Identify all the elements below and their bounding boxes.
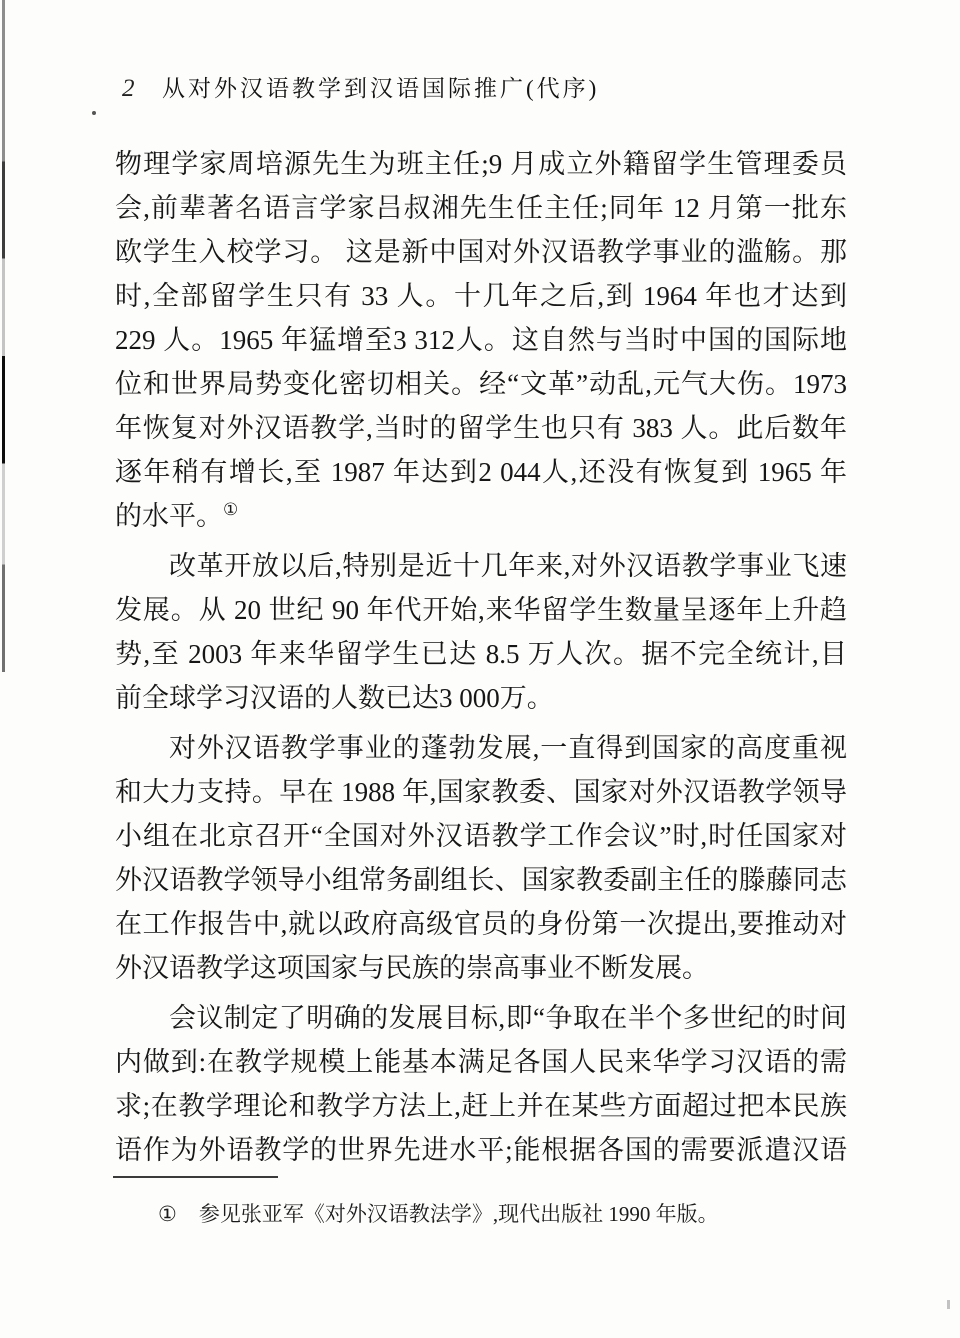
footnote-text: 参见张亚军《对外汉语教法学》,现代出版社 1990 年版。	[199, 1202, 719, 1226]
text-line: 的水平。①	[115, 494, 847, 538]
text-line: 会,前辈著名语言学家吕叔湘先生任主任;同年 12 月第一批东	[115, 186, 847, 230]
text-line: 时,全部留学生只有 33 人。十几年之后,到 1964 年也才达到	[115, 274, 847, 318]
text-line: 发展。从 20 世纪 90 年代开始,来华留学生数量呈逐年上升趋	[115, 588, 847, 632]
text-line: 前全球学习汉语的人数已达3 000万。	[115, 676, 847, 720]
book-page-scan: 2从对外汉语教学到汉语国际推广(代序) 物理学家周培源先生为班主任;9 月成立外…	[0, 0, 960, 1338]
text-line: 会议制定了明确的发展目标,即“争取在半个多世纪的时间	[115, 996, 847, 1040]
running-header: 2从对外汉语教学到汉语国际推广(代序)	[122, 70, 862, 103]
text-line: 外汉语教学这项国家与民族的崇高事业不断发展。	[115, 946, 847, 990]
main-text-block: 物理学家周培源先生为班主任;9 月成立外籍留学生管理委员 会,前辈著名语言学家吕…	[115, 142, 847, 1172]
page-number: 2	[122, 75, 162, 103]
scan-speck	[947, 1300, 950, 1309]
chapter-title: 从对外汉语教学到汉语国际推广(代序)	[162, 76, 599, 101]
text-line: 在工作报告中,就以政府高级官员的身份第一次提出,要推动对	[115, 902, 847, 946]
text-line: 语作为外语教学的世界先进水平;能根据各国的需要派遣汉语	[115, 1128, 847, 1172]
text-line: 内做到:在教学规模上能基本满足各国人民来华学习汉语的需	[115, 1040, 847, 1084]
text-line: 小组在北京召开“全国对外汉语教学工作会议”时,时任国家对	[115, 814, 847, 858]
text-line: 逐年稍有增长,至 1987 年达到2 044人,还没有恢复到 1965 年	[115, 450, 847, 494]
footnote-reference-marker: ①	[223, 500, 238, 519]
text-line: 和大力支持。早在 1988 年,国家教委、国家对外汉语教学领导	[115, 770, 847, 814]
text-line: 改革开放以后,特别是近十几年来,对外汉语教学事业飞速	[115, 544, 847, 588]
text-line: 年恢复对外汉语教学,当时的留学生也只有 383 人。此后数年	[115, 406, 847, 450]
text-line: 物理学家周培源先生为班主任;9 月成立外籍留学生管理委员	[115, 142, 847, 186]
text-line: 对外汉语教学事业的蓬勃发展,一直得到国家的高度重视	[115, 726, 847, 770]
text-line: 外汉语教学领导小组常务副组长、国家教委副主任的滕藤同志	[115, 858, 847, 902]
scan-speck	[92, 111, 96, 115]
paragraph: 改革开放以后,特别是近十几年来,对外汉语教学事业飞速 发展。从 20 世纪 90…	[115, 538, 847, 720]
text-line: 欧学生入校学习。 这是新中国对外汉语教学事业的滥觞。那	[115, 230, 847, 274]
scan-binding-edge	[2, 0, 5, 672]
paragraph: 会议制定了明确的发展目标,即“争取在半个多世纪的时间 内做到:在教学规模上能基本…	[115, 990, 847, 1172]
text-run: 的水平。	[115, 501, 223, 531]
text-line: 求;在教学理论和教学方法上,赶上并在某些方面超过把本民族	[115, 1084, 847, 1128]
paragraph: 物理学家周培源先生为班主任;9 月成立外籍留学生管理委员 会,前辈著名语言学家吕…	[115, 142, 847, 538]
footnote: ①参见张亚军《对外汉语教法学》,现代出版社 1990 年版。	[158, 1198, 798, 1230]
text-line: 位和世界局势变化密切相关。经“文革”动乱,元气大伤。1973	[115, 362, 847, 406]
text-line: 229 人。1965 年猛增至3 312人。这自然与当时中国的国际地	[115, 318, 847, 362]
text-line: 势,至 2003 年来华留学生已达 8.5 万人次。据不完全统计,目	[115, 632, 847, 676]
footnote-separator-rule	[113, 1176, 278, 1178]
footnote-marker: ①	[158, 1198, 177, 1230]
paragraph: 对外汉语教学事业的蓬勃发展,一直得到国家的高度重视 和大力支持。早在 1988 …	[115, 720, 847, 990]
